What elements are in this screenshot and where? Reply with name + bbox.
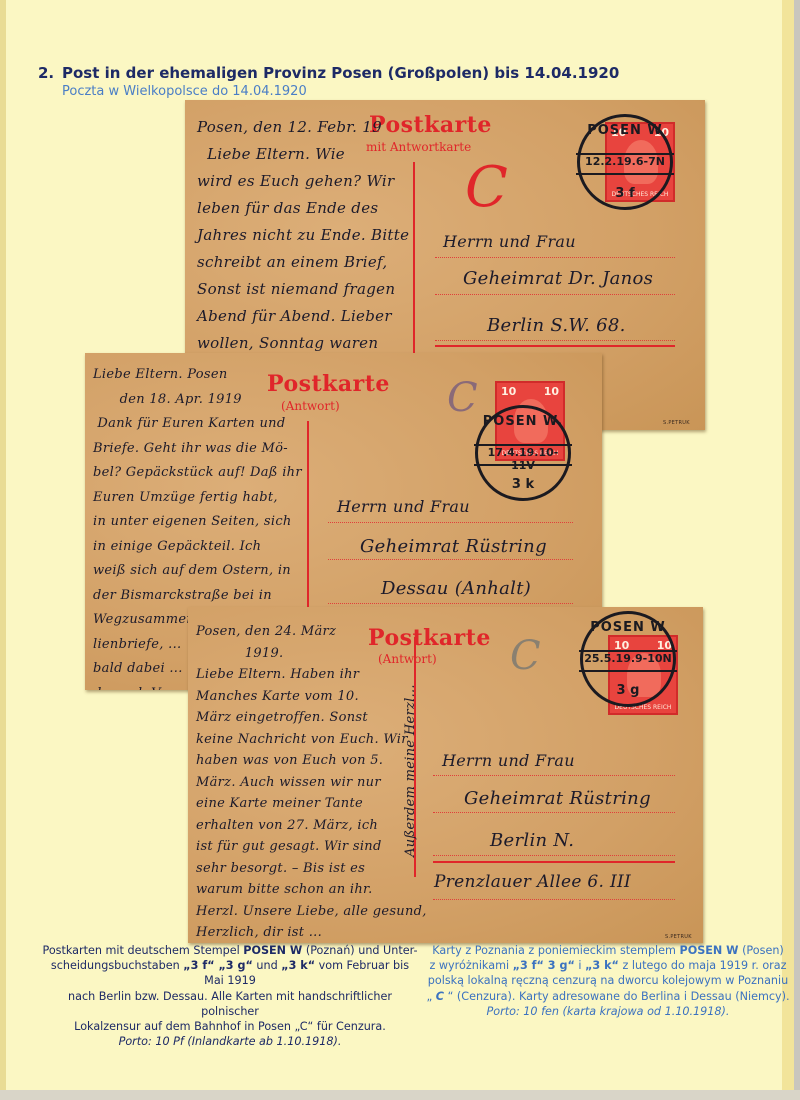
address-line-1: Herrn und Frau <box>443 228 576 255</box>
address-line-3: Berlin S.W. 68. <box>487 312 626 339</box>
title-text: Post in der ehemaligen Provinz Posen (Gr… <box>62 64 619 82</box>
censor-mark: C <box>510 633 541 679</box>
postmark-date: 12.2.19.6-7N <box>580 155 670 168</box>
page-subtitle: Poczta w Wielkopolsce do 14.04.1920 <box>62 84 307 99</box>
caption-bold: POSEN W <box>680 944 739 957</box>
address-line-2: Geheimrat Rüstring <box>464 785 651 812</box>
caption-text: z lutego do maja 1919 r. oraz <box>619 959 787 972</box>
address-line <box>328 522 573 523</box>
address-line-2: Geheimrat Dr. Janos <box>463 265 653 292</box>
address-underline <box>435 345 675 347</box>
page-edge-shadow <box>794 0 800 1100</box>
page-bottom-edge <box>0 1090 800 1100</box>
page-edge <box>782 0 794 1100</box>
caption-line: Postkarten mit deutschem Stempel POSEN W… <box>40 943 420 958</box>
caption-text: „ <box>426 990 435 1003</box>
caption-text: z wyróżnikami <box>429 959 512 972</box>
postmark: POSEN W 25.5.19.9-10N 3 g <box>580 611 676 707</box>
address-line-3: Dessau (Anhalt) <box>381 575 531 602</box>
caption-line: polską lokalną ręczną cenzurą na dworcu … <box>418 973 798 988</box>
caption-bold: C <box>436 990 444 1003</box>
page-title: 2.Post in der ehemaligen Provinz Posen (… <box>38 64 619 82</box>
censor-mark: C <box>465 155 508 220</box>
stamp-value: 10 <box>501 385 516 398</box>
postmark-date: 17.4.19.10-11V <box>478 446 568 472</box>
vertical-note: Außerdem meine Herzl... <box>397 684 424 857</box>
caption-text: i <box>575 959 585 972</box>
address-line-3: Berlin N. <box>490 827 574 854</box>
postmark-date: 25.5.19.9-10N <box>583 652 673 665</box>
caption-line: z wyróżnikami „3 f“ 3 g“ i „3 k“ z luteg… <box>418 958 798 973</box>
caption-porto: Porto: 10 Pf (Inlandkarte ab 1.10.1918). <box>40 1034 420 1049</box>
address-line <box>433 899 675 900</box>
caption-text: und <box>253 959 281 972</box>
caption-text: (Poznań) und Unter- <box>302 944 417 957</box>
caption-line: Karty z Poznania z poniemieckim stemplem… <box>418 943 798 958</box>
address-line <box>435 340 675 341</box>
postmark-code: 3 f <box>580 186 670 201</box>
address-line <box>435 294 675 295</box>
caption-polish: Karty z Poznania z poniemieckim stemplem… <box>418 943 798 1019</box>
caption-bold: „3 f“ „3 g“ <box>183 959 253 972</box>
postmark: POSEN W. 17.4.19.10-11V 3 k <box>475 405 571 501</box>
address-line <box>328 603 573 604</box>
stamp-value: 10 <box>544 385 559 398</box>
address-line-1: Herrn und Frau <box>442 747 575 774</box>
printer-mark: S.PETRUK <box>665 934 692 940</box>
postmark-code: 3 k <box>478 477 568 492</box>
caption-bold: „3 k“ <box>281 959 315 972</box>
address-line-4: Prenzlauer Allee 6. III <box>434 869 631 896</box>
address-line-2: Geheimrat Rüstring <box>360 533 547 560</box>
caption-text: “ (Cenzura). Karty adresowane do Berlina… <box>444 990 790 1003</box>
caption-text: Postkarten mit deutschem Stempel <box>42 944 243 957</box>
postmark-code: 3 g <box>583 683 673 698</box>
handwritten-message: Posen, den 24. März 1919. Liebe Eltern. … <box>196 621 427 943</box>
handwritten-message: Posen, den 12. Febr. 19 Liebe Eltern. Wi… <box>197 114 409 357</box>
address-line <box>435 257 675 258</box>
caption-bold: POSEN W <box>243 944 302 957</box>
address-line-1: Herrn und Frau <box>337 493 470 520</box>
caption-line: Lokalzensur auf dem Bahnhof in Posen „C“… <box>40 1019 420 1034</box>
caption-text: (Posen) <box>739 944 784 957</box>
caption-line: scheidungsbuchstaben „3 f“ „3 g“ und „3 … <box>40 958 420 988</box>
address-line <box>433 812 675 813</box>
address-line <box>433 775 675 776</box>
caption-bold: „3 f“ 3 g“ <box>513 959 575 972</box>
postmark-town: POSEN W <box>580 123 670 138</box>
caption-german: Postkarten mit deutschem Stempel POSEN W… <box>40 943 420 1049</box>
postmark-town: POSEN W. <box>478 414 568 429</box>
caption-bold: „3 k“ <box>585 959 619 972</box>
address-underline <box>433 861 675 863</box>
caption-text: scheidungsbuchstaben <box>51 959 183 972</box>
postcard-3: Postkarte (Antwort) Posen, den 24. März … <box>188 607 703 943</box>
postmark-town: POSEN W <box>583 620 673 635</box>
censor-mark: C <box>447 375 478 421</box>
caption-line: nach Berlin bzw. Dessau. Alle Karten mit… <box>40 989 420 1019</box>
address-line <box>433 855 675 856</box>
section-number: 2. <box>38 64 62 82</box>
caption-porto: Porto: 10 fen (karta krajowa od 1.10.191… <box>418 1004 798 1019</box>
caption-line: „ C “ (Cenzura). Karty adresowane do Ber… <box>418 989 798 1004</box>
postmark: POSEN W 12.2.19.6-7N 3 f <box>577 114 673 210</box>
caption-text: Karty z Poznania z poniemieckim stemplem <box>432 944 679 957</box>
printer-mark: S.PETRUK <box>663 420 690 426</box>
